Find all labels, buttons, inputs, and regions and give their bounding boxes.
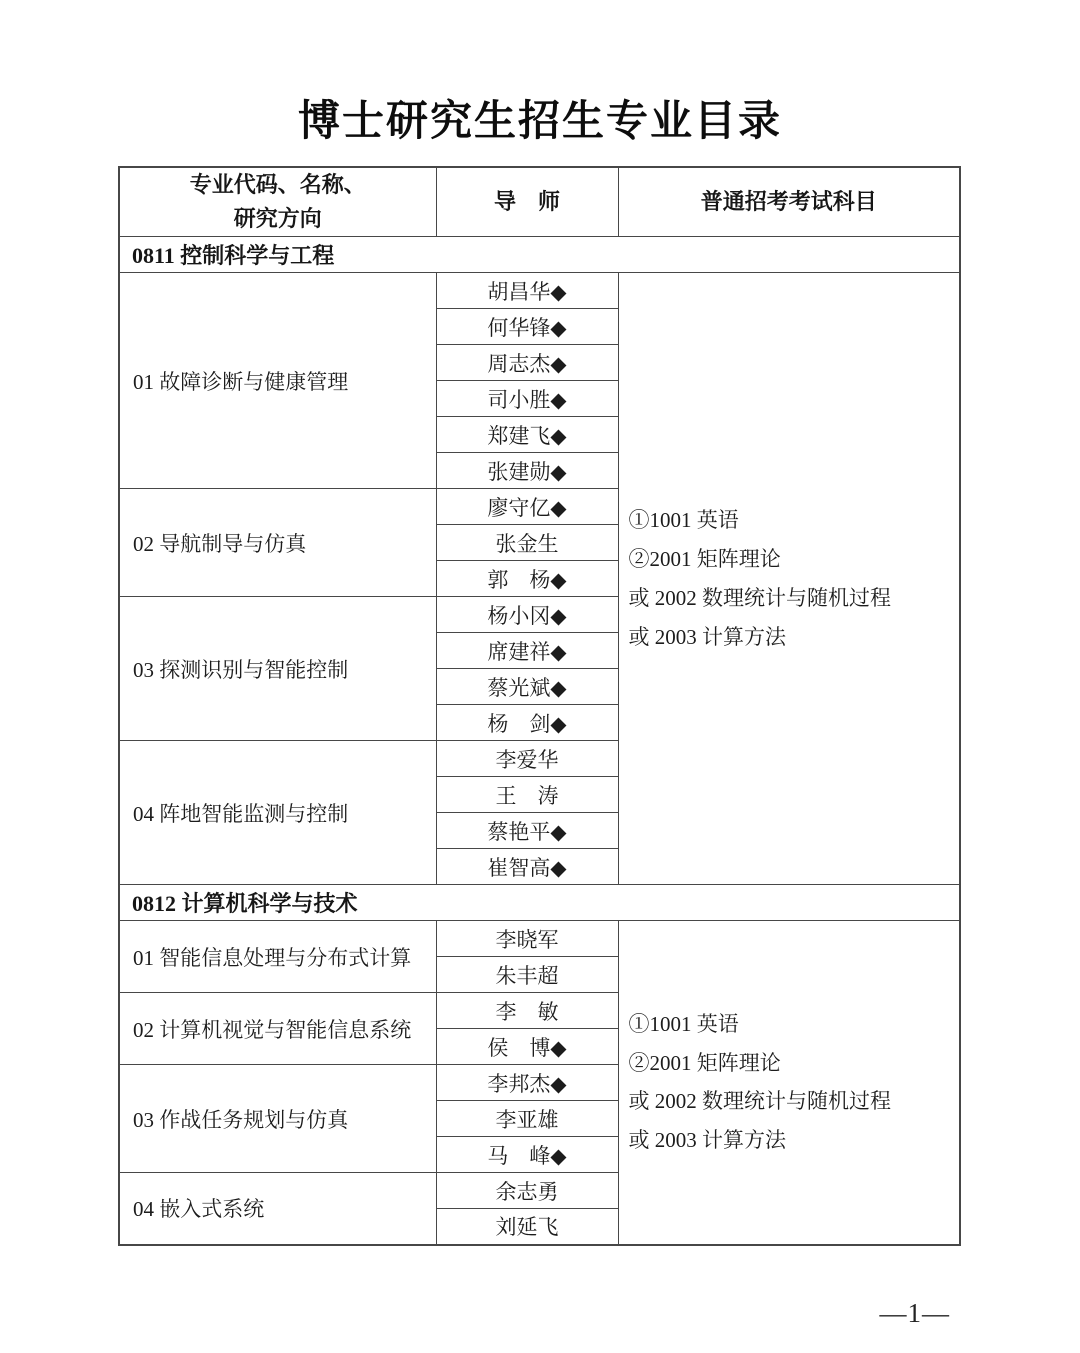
advisor-name: 胡昌华◆	[436, 273, 618, 309]
advisor-name: 郭 杨◆	[436, 561, 618, 597]
advisor-name: 蔡艳平◆	[436, 813, 618, 849]
page-number: —1—	[880, 1298, 951, 1329]
page-title: 博士研究生招生专业目录	[0, 88, 1080, 148]
advisor-name: 刘延飞	[436, 1209, 618, 1245]
col-header-major-code-line1: 专业代码、名称、	[190, 172, 366, 197]
exam-subject-line: 或 2003 计算方法	[629, 618, 960, 657]
exam-subject-line: ②2001 矩阵理论	[629, 1044, 960, 1083]
research-direction: 03 探测识别与智能控制	[119, 597, 436, 741]
advisor-name: 杨 剑◆	[436, 705, 618, 741]
exam-subject-line: ①1001 英语	[629, 1005, 960, 1044]
research-direction: 01 智能信息处理与分布式计算	[119, 921, 436, 993]
advisor-name: 余志勇	[436, 1173, 618, 1209]
advisor-name: 张金生	[436, 525, 618, 561]
research-direction: 04 阵地智能监测与控制	[119, 741, 436, 885]
exam-subject-line: 或 2002 数理统计与随机过程	[629, 579, 960, 618]
advisor-name: 司小胜◆	[436, 381, 618, 417]
table-row: 01 智能信息处理与分布式计算李晓军①1001 英语②2001 矩阵理论或 20…	[119, 921, 960, 957]
advisor-name: 杨小冈◆	[436, 597, 618, 633]
advisor-name: 李爱华	[436, 741, 618, 777]
research-direction: 02 导航制导与仿真	[119, 489, 436, 597]
advisor-name: 席建祥◆	[436, 633, 618, 669]
advisor-name: 李邦杰◆	[436, 1065, 618, 1101]
advisor-name: 郑建飞◆	[436, 417, 618, 453]
admissions-catalog-table: 专业代码、名称、 研究方向 导 师 普通招考考试科目 0811 控制科学与工程0…	[118, 166, 961, 1246]
section-title: 0812 计算机科学与技术	[119, 885, 960, 921]
advisor-name: 张建勋◆	[436, 453, 618, 489]
advisor-name: 李晓军	[436, 921, 618, 957]
advisor-name: 王 涛	[436, 777, 618, 813]
exam-subject-line: 或 2003 计算方法	[629, 1121, 960, 1160]
advisor-name: 蔡光斌◆	[436, 669, 618, 705]
table-row: 01 故障诊断与健康管理胡昌华◆①1001 英语②2001 矩阵理论或 2002…	[119, 273, 960, 309]
exam-subject-line: 或 2002 数理统计与随机过程	[629, 1082, 960, 1121]
advisor-name: 周志杰◆	[436, 345, 618, 381]
section-row: 0811 控制科学与工程	[119, 237, 960, 273]
research-direction: 02 计算机视觉与智能信息系统	[119, 993, 436, 1065]
exam-subjects: ①1001 英语②2001 矩阵理论或 2002 数理统计与随机过程或 2003…	[618, 921, 960, 1245]
col-header-major-code: 专业代码、名称、 研究方向	[119, 167, 436, 237]
col-header-advisor: 导 师	[436, 167, 618, 237]
exam-subject-line: ②2001 矩阵理论	[629, 540, 960, 579]
document-page: 博士研究生招生专业目录 专业代码、名称、 研究方向 导 师 普通招考考试科目 0…	[0, 0, 1080, 1353]
advisor-name: 李 敏	[436, 993, 618, 1029]
table-header-row: 专业代码、名称、 研究方向 导 师 普通招考考试科目	[119, 167, 960, 237]
research-direction: 04 嵌入式系统	[119, 1173, 436, 1245]
section-row: 0812 计算机科学与技术	[119, 885, 960, 921]
advisor-name: 马 峰◆	[436, 1137, 618, 1173]
advisor-name: 廖守亿◆	[436, 489, 618, 525]
col-header-major-code-line2: 研究方向	[234, 206, 322, 231]
advisor-name: 朱丰超	[436, 957, 618, 993]
exam-subjects: ①1001 英语②2001 矩阵理论或 2002 数理统计与随机过程或 2003…	[618, 273, 960, 885]
advisor-name: 李亚雄	[436, 1101, 618, 1137]
research-direction: 03 作战任务规划与仿真	[119, 1065, 436, 1173]
research-direction: 01 故障诊断与健康管理	[119, 273, 436, 489]
advisor-name: 侯 博◆	[436, 1029, 618, 1065]
section-title: 0811 控制科学与工程	[119, 237, 960, 273]
exam-subject-line: ①1001 英语	[629, 501, 960, 540]
advisor-name: 崔智高◆	[436, 849, 618, 885]
advisor-name: 何华锋◆	[436, 309, 618, 345]
col-header-exam-subjects: 普通招考考试科目	[618, 167, 960, 237]
